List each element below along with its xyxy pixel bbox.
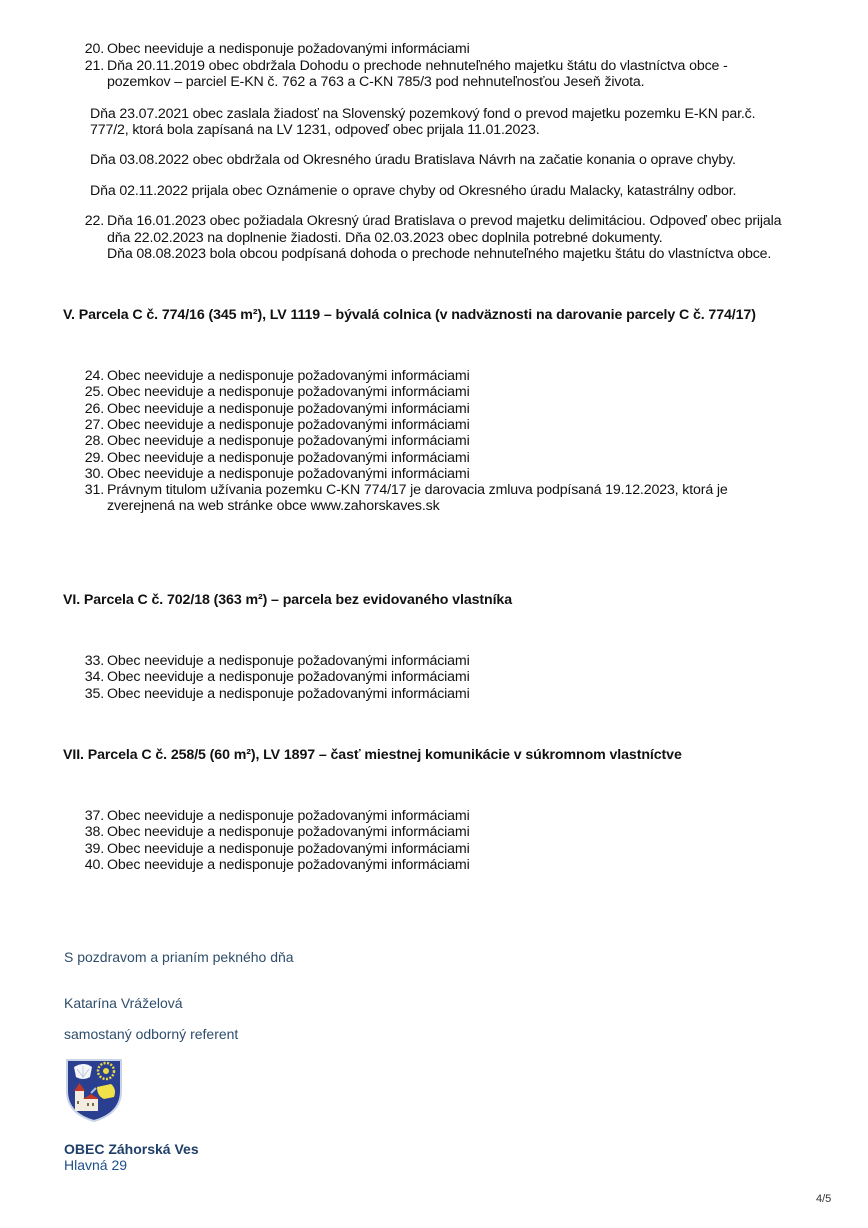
list-item-text: Obec neeviduje a nedisponuje požadovaným… [107, 857, 470, 873]
document-page: 20. Obec neeviduje a nedisponuje požadov… [0, 0, 868, 1228]
list-item-text: dňa 22.02.2023 na doplnenie žiadosti. Dň… [107, 230, 663, 246]
section-heading: VI. Parcela C č. 702/18 (363 m²) – parce… [63, 592, 512, 609]
list-item-text: Obec neeviduje a nedisponuje požadovaným… [107, 417, 470, 433]
list-number: 28. [78, 433, 104, 449]
list-item-text: Obec neeviduje a nedisponuje požadovaným… [107, 669, 470, 685]
list-item-text: Dňa 16.01.2023 obec požiadala Okresný úr… [107, 213, 781, 229]
list-item-text: Dňa 08.08.2023 bola obcou podpísaná doho… [107, 246, 771, 262]
list-number: 27. [78, 417, 104, 433]
list-item-text: Obec neeviduje a nedisponuje požadovaným… [107, 808, 470, 824]
list-number: 21. [78, 58, 104, 74]
coat-of-arms-icon [64, 1057, 124, 1123]
paragraph-text: Dňa 02.11.2022 prijala obec Oznámenie o … [90, 183, 736, 199]
section-heading: V. Parcela C č. 774/16 (345 m²), LV 1119… [63, 307, 756, 324]
list-number: 39. [78, 841, 104, 857]
organization-address: Hlavná 29 [64, 1157, 127, 1174]
list-number: 25. [78, 384, 104, 400]
list-number: 40. [78, 857, 104, 873]
list-item-text: Obec neeviduje a nedisponuje požadovaným… [107, 824, 470, 840]
list-number: 26. [78, 401, 104, 417]
list-item-text: Obec neeviduje a nedisponuje požadovaným… [107, 368, 470, 384]
list-item-text: Obec neeviduje a nedisponuje požadovaným… [107, 450, 470, 466]
list-item-text: Obec neeviduje a nedisponuje požadovaným… [107, 686, 470, 702]
signatory-title: samostaný odborný referent [64, 1026, 238, 1043]
organization-name: OBEC Záhorská Ves [64, 1141, 199, 1158]
list-number: 38. [78, 824, 104, 840]
greeting: S pozdravom a prianím pekného dňa [64, 949, 294, 966]
paragraph-text: Dňa 03.08.2022 obec obdržala od Okresnéh… [90, 152, 736, 168]
list-number: 31. [78, 482, 104, 498]
list-item-text: Obec neeviduje a nedisponuje požadovaným… [107, 653, 470, 669]
list-number: 37. [78, 808, 104, 824]
list-item-text: Obec neeviduje a nedisponuje požadovaným… [107, 41, 470, 57]
signatory-name: Katarína Vráželová [64, 995, 183, 1012]
list-number: 24. [78, 368, 104, 384]
list-number: 30. [78, 466, 104, 482]
list-number: 22. [78, 213, 104, 229]
list-item-text: Obec neeviduje a nedisponuje požadovaným… [107, 841, 470, 857]
list-number: 29. [78, 450, 104, 466]
list-number: 20. [78, 41, 104, 57]
list-item-text: Obec neeviduje a nedisponuje požadovaným… [107, 466, 470, 482]
list-number: 33. [78, 653, 104, 669]
paragraph-text: Dňa 23.07.2021 obec zaslala žiadosť na S… [90, 106, 755, 122]
list-item-text: pozemkov – parciel E-KN č. 762 a 763 a C… [107, 74, 644, 90]
section-heading: VII. Parcela C č. 258/5 (60 m²), LV 1897… [63, 747, 682, 764]
list-item-text: Právnym titulom užívania pozemku C-KN 77… [107, 482, 728, 498]
list-number: 35. [78, 686, 104, 702]
list-item-text: Obec neeviduje a nedisponuje požadovaným… [107, 384, 470, 400]
list-number: 34. [78, 669, 104, 685]
list-item-text: Obec neeviduje a nedisponuje požadovaným… [107, 401, 470, 417]
list-item-text: zverejnená na web stránke obce www.zahor… [107, 498, 440, 514]
page-number: 4/5 [816, 1193, 831, 1205]
list-item-text: Dňa 20.11.2019 obec obdržala Dohodu o pr… [107, 58, 728, 74]
list-item-text: Obec neeviduje a nedisponuje požadovaným… [107, 433, 470, 449]
paragraph-text: 777/2, ktorá bola zapísaná na LV 1231, o… [90, 122, 540, 138]
